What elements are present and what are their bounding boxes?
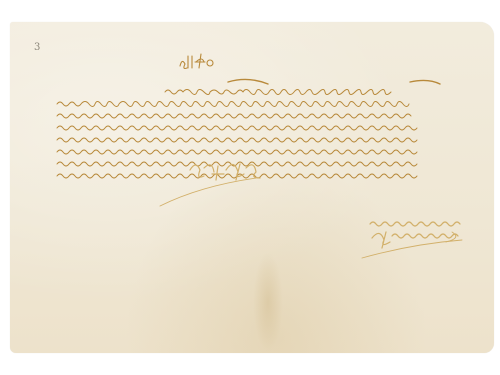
signature-lower-right [362,222,462,258]
heading-monogram [180,54,213,69]
signature-center [160,164,260,206]
document-viewer: 3 [0,0,500,375]
body-script [57,79,440,178]
handwriting-ink [0,0,500,375]
